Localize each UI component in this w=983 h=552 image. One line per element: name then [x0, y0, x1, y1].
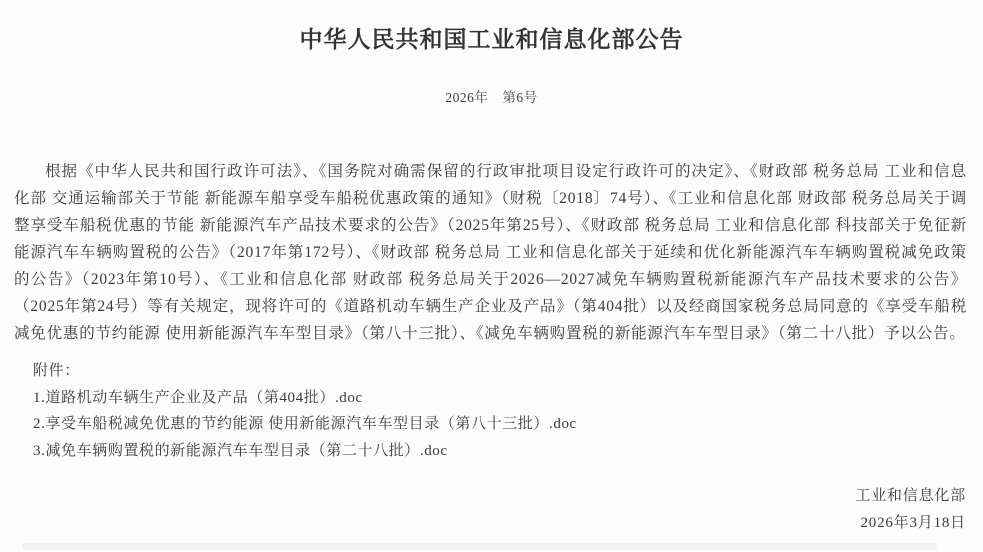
announcement-document: 中华人民共和国工业和信息化部公告 2026年 第6号 根据《中华人民共和国行政许…	[0, 0, 983, 552]
attachments-section: 附件： 1.道路机动车辆生产企业及产品（第404批）.doc 2.享受车船税减免…	[33, 358, 943, 464]
attachment-link-3[interactable]: 3.减免车辆购置税的新能源汽车车型目录（第二十八批）.doc	[33, 438, 943, 465]
body-paragraph: 根据《中华人民共和国行政许可法》、《国务院对确需保留的行政审批项目设定行政许可的…	[14, 158, 967, 347]
issue-date: 2026年3月18日	[855, 510, 966, 537]
attachment-link-2[interactable]: 2.享受车船税减免优惠的节约能源 使用新能源汽车车型目录（第八十三批）.doc	[33, 411, 943, 438]
issuer-name: 工业和信息化部	[855, 483, 966, 510]
attachments-label: 附件：	[33, 358, 943, 385]
attachment-link-1[interactable]: 1.道路机动车辆生产企业及产品（第404批）.doc	[33, 385, 943, 412]
page-bottom-bar	[22, 543, 937, 550]
issue-number: 2026年 第6号	[0, 86, 983, 106]
page-title: 中华人民共和国工业和信息化部公告	[0, 21, 983, 54]
signature-block: 工业和信息化部 2026年3月18日	[855, 483, 966, 536]
